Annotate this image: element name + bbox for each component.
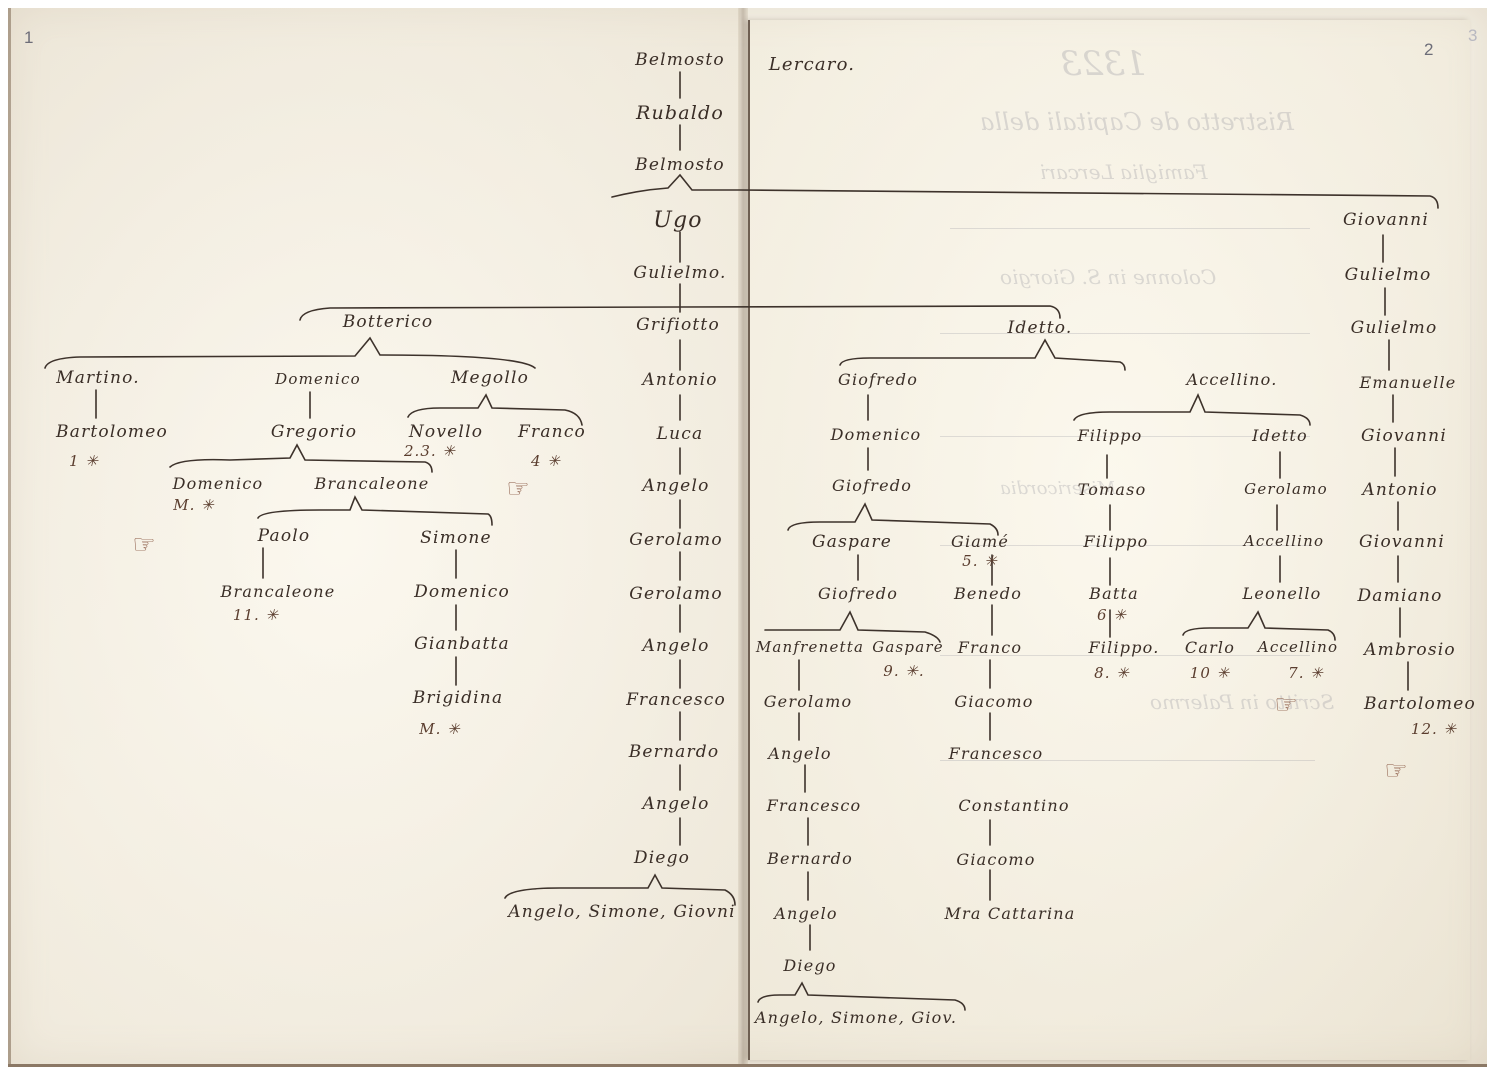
trunk-antonio: Antonio xyxy=(642,370,717,390)
bleed-line-5: Scritto in Palermo xyxy=(1150,690,1334,714)
antonio-r: Antonio xyxy=(1362,480,1437,500)
mark-6: 6 ✳ xyxy=(1097,606,1127,624)
family-surname: Lercaro. xyxy=(769,54,855,75)
angelo-right-1: Angelo xyxy=(768,744,832,763)
bleed-line-3: Colonne in S. Giorgio xyxy=(1000,265,1216,289)
megollo: Megollo xyxy=(451,368,529,388)
pointing-hand-icon: ☞ xyxy=(1384,756,1407,786)
martino: Martino. xyxy=(56,368,140,388)
idetto-head: Idetto. xyxy=(1007,318,1072,338)
trunk-gulielmo: Gulielmo. xyxy=(633,263,726,283)
mark-1: 1 ✳ xyxy=(69,452,99,470)
damiano: Damiano xyxy=(1357,586,1442,606)
domenico-son-of-simone: Domenico xyxy=(414,582,510,602)
accellino-2: Accellino xyxy=(1244,532,1324,550)
filippo-1: Filippo xyxy=(1078,426,1143,445)
gerolamo-right: Gerolamo xyxy=(764,692,853,711)
mark-m-domenico: M. ✳ xyxy=(173,496,214,514)
tomaso: Tomaso xyxy=(1078,480,1147,499)
trunk-children: Angelo, Simone, Giovni xyxy=(508,902,736,922)
brancaleone-1: Brancaleone xyxy=(315,474,430,493)
mra-cattarina: Mra Cattarina xyxy=(944,904,1075,923)
gianbatta: Gianbatta xyxy=(414,634,510,654)
accellino-head: Accellino. xyxy=(1186,370,1277,389)
mark-8: 8. ✳ xyxy=(1094,664,1130,682)
trunk-rubaldo: Rubaldo xyxy=(636,102,724,124)
trunk-belmosto-1: Belmosto xyxy=(635,50,725,70)
trunk-ugo: Ugo xyxy=(653,208,702,233)
trunk-gerolamo-1: Gerolamo xyxy=(629,530,723,550)
domenico-son-of-botterico: Domenico xyxy=(275,370,361,388)
manfrenetta: Manfrenetta xyxy=(756,638,864,656)
bleed-title-1: Ristretto de Capitali della xyxy=(980,108,1294,136)
francesco-right-1: Francesco xyxy=(767,796,862,815)
constantino: Constantino xyxy=(958,796,1069,815)
leonello: Leonello xyxy=(1243,584,1322,603)
simone: Simone xyxy=(420,528,492,548)
franco-left: Franco xyxy=(518,422,586,442)
idetto-2: Idetto xyxy=(1252,426,1308,445)
gregorio: Gregorio xyxy=(271,422,357,442)
trunk-angelo-2: Angelo xyxy=(642,636,709,656)
trunk-luca: Luca xyxy=(657,424,704,444)
trunk-bernardo: Bernardo xyxy=(629,742,720,762)
ruled-line xyxy=(940,333,1310,334)
domenico-son-of-gregorio: Domenico xyxy=(173,474,264,493)
diego-right: Diego xyxy=(783,956,836,975)
benedo: Benedo xyxy=(954,584,1022,603)
pointing-hand-icon: ☞ xyxy=(506,474,529,504)
bernardo-right: Bernardo xyxy=(767,849,853,868)
mark-10: 10 ✳ xyxy=(1190,664,1230,682)
gerolamo-accellino: Gerolamo xyxy=(1244,480,1328,498)
bleed-year: 1323 xyxy=(1060,44,1147,84)
novello: Novello xyxy=(409,422,483,442)
trunk-angelo-3: Angelo xyxy=(642,794,709,814)
bartolomeo-right: Bartolomeo xyxy=(1364,694,1476,714)
trunk-diego: Diego xyxy=(634,848,690,868)
mark-4: 4 ✳ xyxy=(531,452,561,470)
trunk-grifiotto: Grifiotto xyxy=(636,315,720,335)
diego-children: Angelo, Simone, Giov. xyxy=(755,1008,957,1027)
francesco-right-2: Francesco xyxy=(949,744,1044,763)
mark-12: 12. ✳ xyxy=(1411,720,1457,738)
gulielmo-r1: Gulielmo xyxy=(1345,265,1432,285)
mark-9: 9. ✳. xyxy=(883,662,924,680)
brancaleone-2: Brancaleone xyxy=(221,582,336,601)
pointing-hand-icon: ☞ xyxy=(132,530,155,560)
botterico: Botterico xyxy=(343,312,434,332)
giovanni-head: Giovanni xyxy=(1343,210,1429,230)
batta: Batta xyxy=(1089,584,1139,603)
giame: Giamé xyxy=(951,532,1009,551)
franco-right: Franco xyxy=(958,638,1022,657)
trunk-francesco: Francesco xyxy=(626,690,726,710)
accellino-3: Accellino xyxy=(1258,638,1338,656)
mark-5: 5. ✳ xyxy=(962,552,998,570)
filippo-2: Filippo xyxy=(1084,532,1149,551)
giofredo-1: Giofredo xyxy=(838,370,918,389)
pointing-hand-icon: ☞ xyxy=(1274,690,1297,720)
gaspare-2: Gaspare xyxy=(872,638,944,656)
giovanni-r3: Giovanni xyxy=(1359,532,1445,552)
giacomo-2: Giacomo xyxy=(956,850,1035,869)
page-fold xyxy=(738,8,748,1064)
mark-11: 11. ✳ xyxy=(233,606,279,624)
giofredo-2: Giofredo xyxy=(832,476,912,495)
ambrosio: Ambrosio xyxy=(1364,640,1456,660)
mark-m-brigidina: M. ✳ xyxy=(419,720,460,738)
carlo: Carlo xyxy=(1185,638,1235,657)
emanuelle: Emanuelle xyxy=(1360,373,1457,392)
mark-7: 7. ✳ xyxy=(1288,664,1324,682)
giovanni-r2: Giovanni xyxy=(1361,426,1447,446)
folio-number-left: 1 xyxy=(24,28,33,48)
paolo: Paolo xyxy=(258,526,311,546)
bleed-title-2: Famiglia Lercari xyxy=(1040,160,1207,184)
folio-number-corner: 3 xyxy=(1468,26,1477,46)
trunk-gerolamo-2: Gerolamo xyxy=(629,584,723,604)
brigidina: Brigidina xyxy=(413,688,504,708)
bartolomeo-left: Bartolomeo xyxy=(56,422,168,442)
filippo-3: Filippo. xyxy=(1089,638,1160,657)
giofredo-3: Giofredo xyxy=(818,584,898,603)
gulielmo-r2: Gulielmo xyxy=(1351,318,1438,338)
angelo-right-2: Angelo xyxy=(774,904,838,923)
folio-number-right: 2 xyxy=(1424,40,1433,60)
mark-2-3: 2.3. ✳ xyxy=(404,442,456,460)
trunk-belmosto-2: Belmosto xyxy=(635,155,725,175)
trunk-angelo-1: Angelo xyxy=(642,476,709,496)
domenico-right: Domenico xyxy=(831,425,922,444)
giacomo-1: Giacomo xyxy=(954,692,1033,711)
gaspare-1: Gaspare xyxy=(812,532,892,552)
ruled-line xyxy=(950,228,1310,229)
